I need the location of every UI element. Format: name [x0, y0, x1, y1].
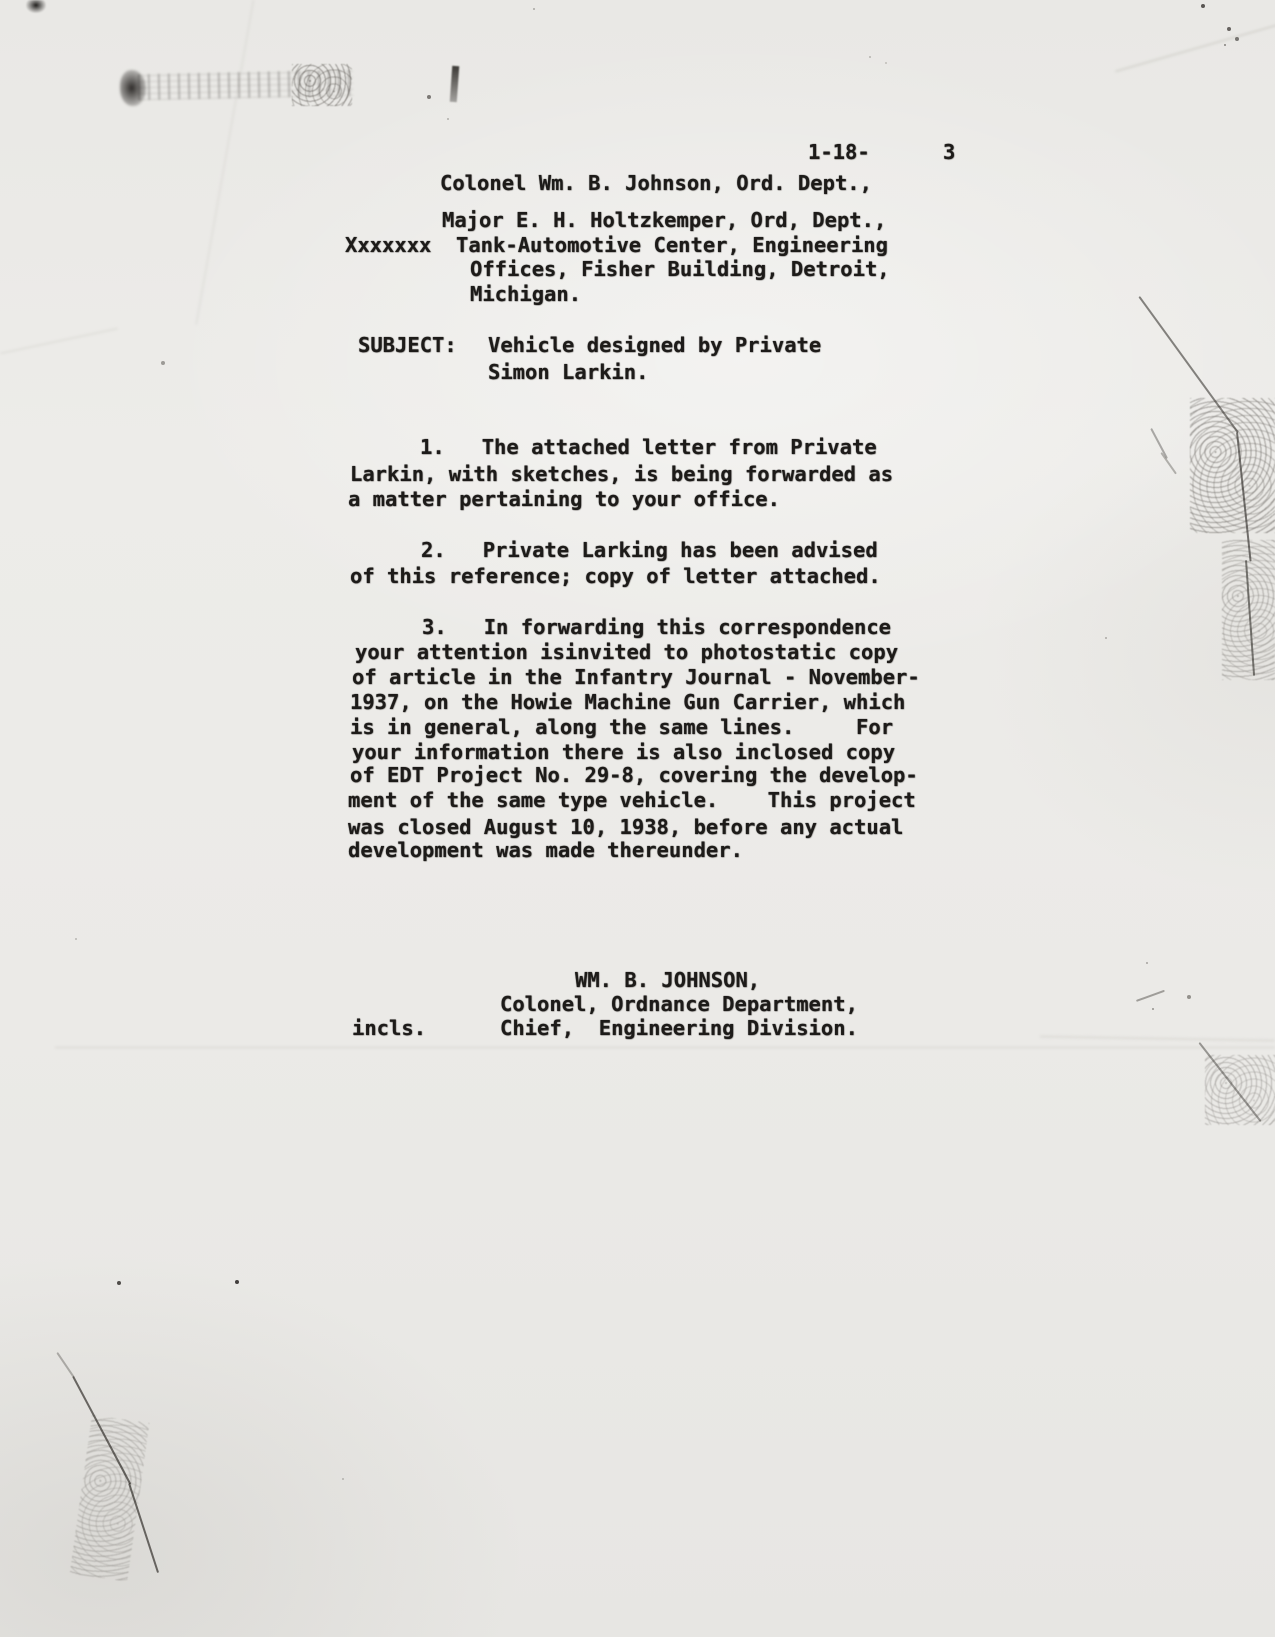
signature-division: Chief, Engineering Division. [500, 1018, 858, 1040]
para3-line-8: ment of the same type vehicle. This proj… [348, 790, 916, 812]
paper-crease [195, 0, 255, 325]
strikeout-marks: Xxxxxxx [345, 235, 431, 257]
scratch-speckle [1190, 398, 1275, 533]
ink-smudge-streak [450, 66, 459, 102]
para3-line-4: 1937, on the Howie Machine Gun Carrier, … [350, 692, 905, 714]
para1-line-3: a matter pertaining to your office. [348, 489, 780, 511]
para2-line-2: of this reference; copy of letter attach… [350, 566, 881, 588]
para3-line-9: was closed August 10, 1938, before any a… [348, 817, 903, 839]
page-number: 3 [943, 142, 955, 164]
paper-crease [1040, 1035, 1275, 1042]
scratch-mark [57, 1352, 75, 1378]
paper-crease [1115, 22, 1275, 73]
ink-smudge-blob [120, 70, 146, 106]
recipient-line-3: Tank-Automotive Center, Engineering [456, 235, 888, 257]
recipient-line-5: Michigan. [470, 284, 581, 306]
para1-line-2: Larkin, with sketches, is being forwarde… [350, 464, 893, 486]
subject-line-2: Simon Larkin. [488, 362, 648, 384]
ink-blob [26, 0, 46, 13]
scratch-mark [1136, 990, 1165, 1002]
para3-line-6: your information there is also inclosed … [352, 742, 895, 764]
subject-line-1: Vehicle designed by Private [488, 335, 821, 357]
para1-line-1: 1. The attached letter from Private [420, 437, 877, 459]
scanned-letter-page: 1-18- 3 Colonel Wm. B. Johnson, Ord. Dep… [0, 0, 1275, 1637]
ink-smudge-cluster [292, 64, 352, 106]
dust-speckles [0, 0, 2, 2]
page-code: 1-18- [808, 142, 870, 164]
recipient-line-2: Major E. H. Holtzkemper, Ord, Dept., [442, 210, 886, 232]
scratch-speckle [1222, 540, 1275, 680]
para3-line-1: 3. In forwarding this correspondence [422, 617, 891, 639]
para3-line-7: of EDT Project No. 29-8, covering the de… [350, 765, 918, 787]
recipient-line-1: Colonel Wm. B. Johnson, Ord. Dept., [440, 173, 872, 195]
para3-line-5: is in general, along the same lines. For [350, 717, 893, 739]
recipient-line-4: Offices, Fisher Building, Detroit, [470, 259, 890, 281]
enclosure-note: incls. [352, 1018, 426, 1040]
scratch-speckle [1205, 1055, 1275, 1125]
scratch-speckle [70, 1415, 150, 1582]
para3-line-3: of article in the Infantry Journal - Nov… [352, 667, 920, 689]
scratch-mark [1161, 452, 1177, 474]
signature-name: WM. B. JOHNSON, [575, 970, 760, 992]
para3-line-2: your attention isinvited to photostatic … [355, 642, 898, 664]
paper-crease [0, 327, 118, 355]
para2-line-1: 2. Private Larking has been advised [421, 540, 878, 562]
scratch-mark [1151, 428, 1168, 459]
paper-crease [55, 1046, 1275, 1049]
subject-label: SUBJECT: [358, 335, 457, 357]
para3-line-10: development was made thereunder. [348, 840, 743, 862]
signature-title: Colonel, Ordnance Department, [500, 994, 858, 1016]
